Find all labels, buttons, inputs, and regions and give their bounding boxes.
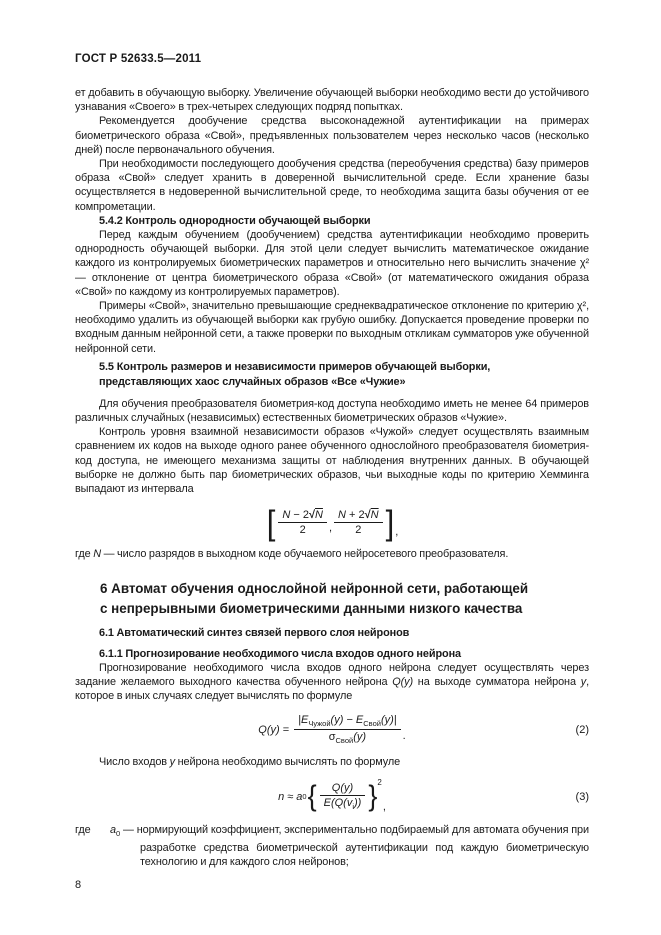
open-brace: { — [308, 783, 317, 811]
paragraph-where-n: где N — число разрядов в выходном коде о… — [75, 547, 589, 561]
paragraph-continuation: ет добавить в обучающую выборку. Увеличе… — [75, 86, 589, 114]
equation-number-2: (2) — [576, 724, 589, 736]
paragraph-independence: Контроль уровня взаимной независимости о… — [75, 425, 589, 496]
tail-period: . — [403, 730, 406, 742]
paragraph-homogeneity: Перед каждым обучением (дообучением) сре… — [75, 228, 589, 299]
heading-5-5-line2: представляющих хаос случайных образов «В… — [99, 375, 589, 391]
page-content: ГОСТ Р 52633.5—2011 ет добавить в обучаю… — [75, 0, 589, 891]
equation-number-3: (3) — [576, 791, 589, 803]
fraction: N + 2√N 2 — [334, 509, 383, 536]
page-number: 8 — [75, 879, 589, 891]
heading-5-5-line1: 5.5 Контроль размеров и независимости пр… — [99, 360, 589, 376]
document-page: ГОСТ Р 52633.5—2011 ет добавить в обучаю… — [0, 0, 661, 935]
heading-6-1: 6.1 Автоматический синтез связей первого… — [75, 626, 589, 640]
document-header: ГОСТ Р 52633.5—2011 — [75, 0, 589, 65]
paragraph-retraining: Рекомендуется дообучение средства высоко… — [75, 114, 589, 157]
heading-6: 6 Автомат обучения однослойной нейронной… — [75, 579, 589, 618]
close-brace: } — [368, 783, 377, 811]
heading-6-line2: с непрерывными биометрическими данными н… — [100, 599, 589, 619]
paragraph-coefficient-note: гдеa0 — нормирующий коэффициент, экспери… — [75, 823, 589, 870]
close-bracket: ] — [386, 505, 395, 540]
heading-5-5: 5.5 Контроль размеров и независимости пр… — [75, 360, 589, 391]
paragraph-storage: При необходимости последующего дообучени… — [75, 157, 589, 214]
paragraph-64-examples: Для обучения преобразователя биометрия-к… — [75, 397, 589, 425]
separator-comma: , — [329, 522, 332, 534]
paragraph-inputs-count: Число входов y нейрона необходимо вычисл… — [75, 755, 589, 769]
paragraph-outliers: Примеры «Свой», значительно превышающие … — [75, 299, 589, 356]
heading-6-1-1: 6.1.1 Прогнозирование необходимого числа… — [75, 647, 589, 661]
formula-3: n ≈ a0 { Q(y) E(Q(vi)) } 2 , (3) — [75, 774, 589, 820]
tail-comma: , — [383, 801, 386, 813]
open-bracket: [ — [267, 505, 276, 540]
fraction: |EЧужой(y) − EСвой(y)| σСвой(y) — [294, 714, 401, 745]
tail-comma: , — [395, 526, 398, 538]
fraction: N − 2√N 2 — [278, 509, 327, 536]
heading-5-4-2: 5.4.2 Контроль однородности обучающей вы… — [75, 214, 589, 228]
heading-6-line1: 6 Автомат обучения однослойной нейронной… — [100, 579, 589, 599]
paragraph-prediction: Прогнозирование необходимого числа входо… — [75, 661, 589, 704]
formula-interval: [ N − 2√N 2 , N + 2√N 2 ] , — [75, 501, 589, 543]
formula-2: Q(y) = |EЧужой(y) − EСвой(y)| σСвой(y) .… — [75, 710, 589, 750]
exponent: 2 — [377, 778, 381, 787]
fraction: Q(y) E(Q(vi)) — [320, 782, 366, 811]
